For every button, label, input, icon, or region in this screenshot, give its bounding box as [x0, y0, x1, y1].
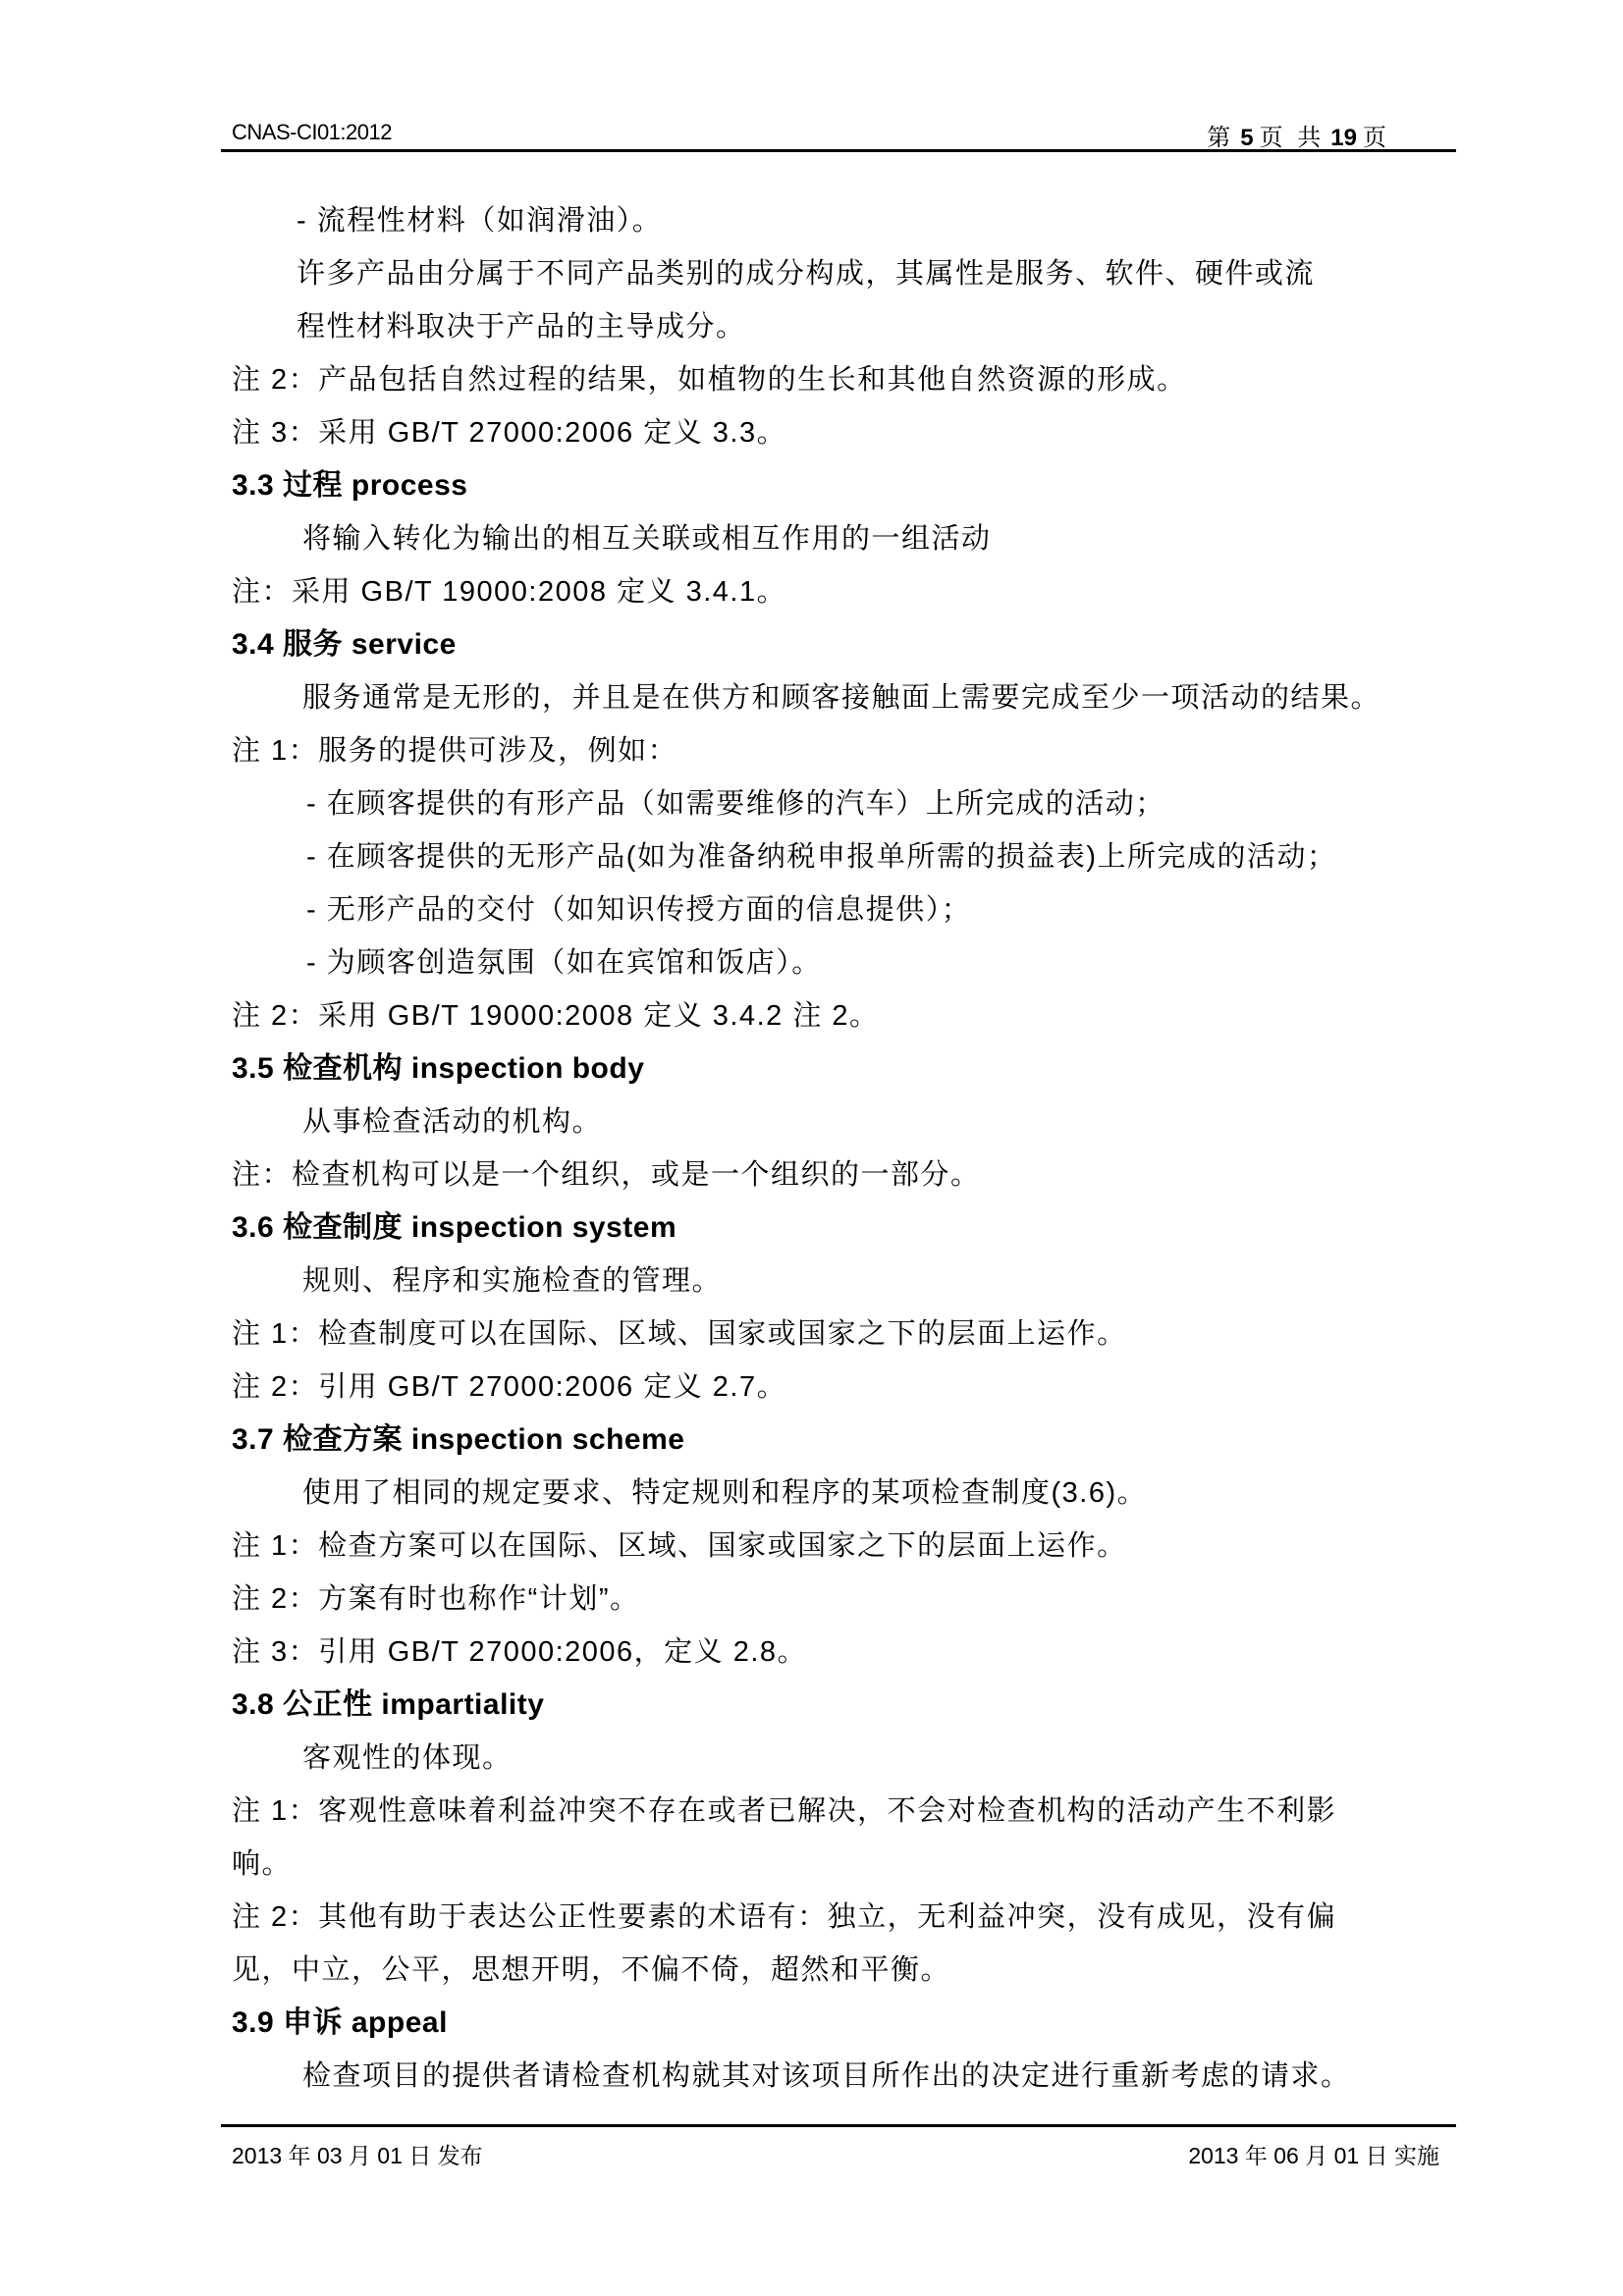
continuation-text: 许多产品由分属于不同产品类别的成分构成，其属性是服务、软件、硬件或流 — [232, 247, 1459, 300]
note-text: 见，中立，公平，思想开明，不偏不倚，超然和平衡。 — [232, 1944, 1459, 1997]
page-suffix: 页 — [1363, 125, 1390, 151]
definition-text: 从事检查活动的机构。 — [232, 1095, 1459, 1148]
note-text: 注 1：检查制度可以在国际、区域、国家或国家之下的层面上运作。 — [232, 1308, 1459, 1361]
continuation-text: - 流程性材料（如润滑油）。 — [232, 194, 1459, 247]
section-heading: 3.9 申诉 appeal — [232, 1997, 1459, 2050]
issue-date: 2013 年 03 月 01 日 发布 — [232, 2138, 483, 2170]
note-text: 注 1：检查方案可以在国际、区域、国家或国家之下的层面上运作。 — [232, 1520, 1459, 1573]
definition-text: 使用了相同的规定要求、特定规则和程序的某项检查制度(3.6)。 — [232, 1467, 1459, 1520]
section-heading: 3.5 检查机构 inspection body — [232, 1042, 1459, 1095]
note-text: 注 2：产品包括自然过程的结果，如植物的生长和其他自然资源的形成。 — [232, 353, 1459, 406]
list-item: - 为顾客创造氛围（如在宾馆和饭店）。 — [232, 936, 1459, 989]
page-current: 5 — [1240, 125, 1253, 151]
page-prefix: 第 — [1207, 125, 1234, 151]
section-heading: 3.4 服务 service — [232, 618, 1459, 671]
section-heading: 3.8 公正性 impartiality — [232, 1679, 1459, 1732]
header-divider — [221, 149, 1456, 152]
section-heading: 3.6 检查制度 inspection system — [232, 1201, 1459, 1255]
note-text: 注 2：其他有助于表达公正性要素的术语有：独立，无利益冲突，没有成见，没有偏 — [232, 1891, 1459, 1944]
note-text: 注 1：客观性意味着利益冲突不存在或者已解决，不会对检查机构的活动产生不利影 — [232, 1785, 1459, 1838]
page-number: 第5页 共19页 — [1207, 118, 1390, 152]
definition-text: 将输入转化为输出的相互关联或相互作用的一组活动 — [232, 512, 1459, 565]
page-mid: 页 共 — [1260, 125, 1325, 151]
section-heading: 3.7 检查方案 inspection scheme — [232, 1414, 1459, 1467]
footer-divider — [221, 2124, 1456, 2127]
note-text: 注 1：服务的提供可涉及，例如： — [232, 724, 1459, 777]
list-item: - 在顾客提供的无形产品(如为准备纳税申报单所需的损益表)上所完成的活动； — [232, 830, 1459, 883]
note-text: 注 3：引用 GB/T 27000:2006，定义 2.8。 — [232, 1626, 1459, 1679]
page-header: CNAS-CI01:2012 第5页 共19页 — [232, 114, 1441, 153]
definition-text: 规则、程序和实施检查的管理。 — [232, 1255, 1459, 1308]
definition-text: 客观性的体现。 — [232, 1732, 1459, 1785]
effective-date: 2013 年 06 月 01 日 实施 — [1188, 2138, 1439, 2170]
definition-text: 服务通常是无形的，并且是在供方和顾客接触面上需要完成至少一项活动的结果。 — [232, 671, 1459, 724]
section-heading: 3.3 过程 process — [232, 459, 1459, 512]
document-body: - 流程性材料（如润滑油）。许多产品由分属于不同产品类别的成分构成，其属性是服务… — [232, 194, 1459, 2103]
note-text: 注 2：引用 GB/T 27000:2006 定义 2.7。 — [232, 1361, 1459, 1414]
note-text: 注 3：采用 GB/T 27000:2006 定义 3.3。 — [232, 406, 1459, 459]
note-text: 注 2：采用 GB/T 19000:2008 定义 3.4.2 注 2。 — [232, 989, 1459, 1042]
page-total: 19 — [1330, 125, 1357, 151]
continuation-text: 程性材料取决于产品的主导成分。 — [232, 300, 1459, 353]
note-text: 注 2：方案有时也称作“计划”。 — [232, 1573, 1459, 1626]
list-item: - 在顾客提供的有形产品（如需要维修的汽车）上所完成的活动； — [232, 777, 1459, 830]
note-text: 响。 — [232, 1838, 1459, 1891]
definition-text: 检查项目的提供者请检查机构就其对该项目所作出的决定进行重新考虑的请求。 — [232, 2050, 1459, 2103]
note-text: 注：检查机构可以是一个组织，或是一个组织的一部分。 — [232, 1148, 1459, 1201]
list-item: - 无形产品的交付（如知识传授方面的信息提供）； — [232, 883, 1459, 936]
document-code: CNAS-CI01:2012 — [232, 120, 392, 145]
note-text: 注：采用 GB/T 19000:2008 定义 3.4.1。 — [232, 565, 1459, 618]
page-footer: 2013 年 03 月 01 日 发布 2013 年 06 月 01 日 实施 — [232, 2132, 1439, 2171]
